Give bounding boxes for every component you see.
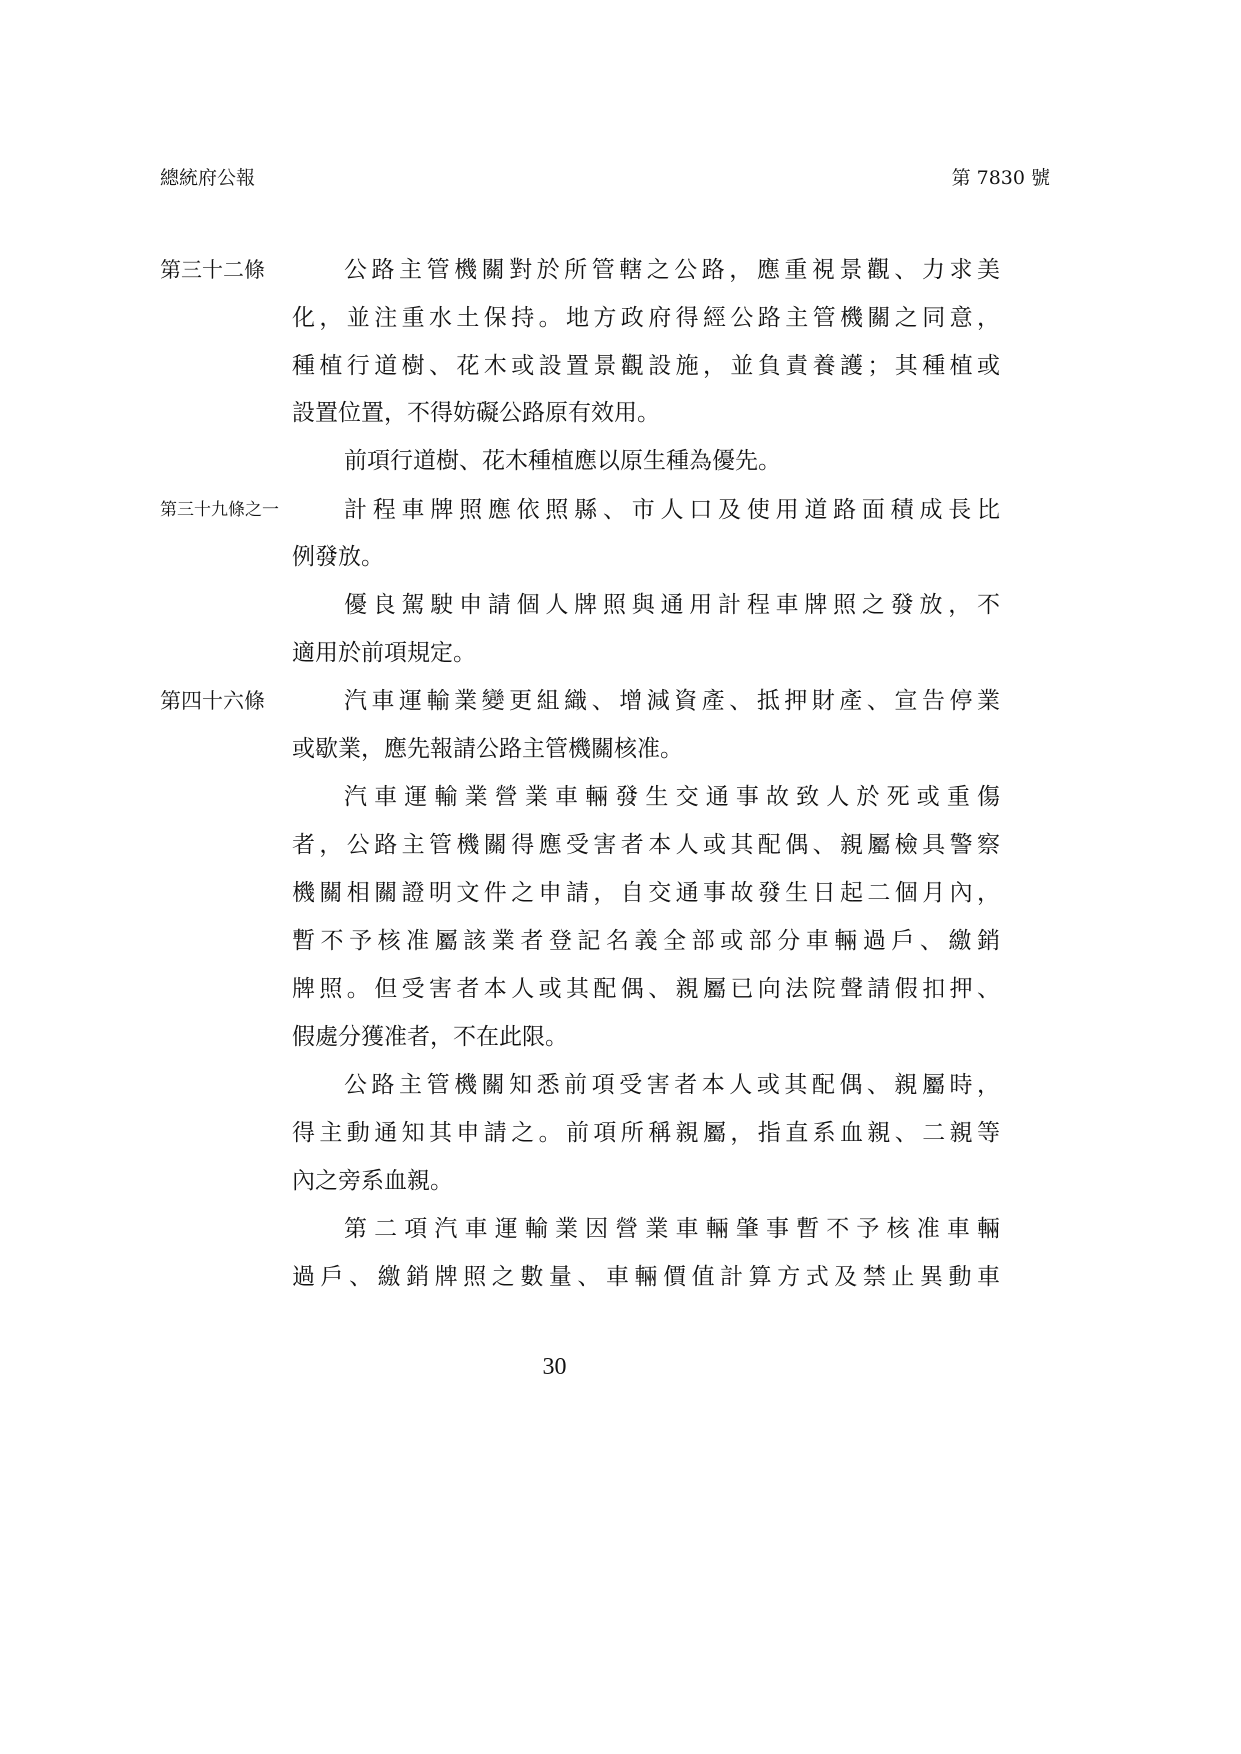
article-line: 種植行道樹、花木或設置景觀設施，並負責養護；其種植或 xyxy=(292,351,1000,381)
article-line: 機關相關證明文件之申請，自交通事故發生日起二個月內， xyxy=(292,878,1000,908)
article-line: 例發放。 xyxy=(292,542,384,572)
article-line: 計程車牌照應依照縣、市人口及使用道路面積成長比 xyxy=(344,495,1000,525)
page-number: 30 xyxy=(0,1352,1109,1382)
article-line: 或歇業，應先報請公路主管機關核准。 xyxy=(292,734,683,764)
article-line: 者，公路主管機關得應受害者本人或其配偶、親屬檢具警察 xyxy=(292,830,1000,860)
article-line: 得主動通知其申請之。前項所稱親屬，指直系血親、二親等 xyxy=(292,1118,1000,1148)
article-line: 假處分獲准者，不在此限。 xyxy=(292,1022,568,1052)
article-line: 適用於前項規定。 xyxy=(292,638,476,668)
article-label: 第三十二條 xyxy=(160,255,265,285)
article-line: 牌照。但受害者本人或其配偶、親屬已向法院聲請假扣押、 xyxy=(292,974,1000,1004)
article-line: 設置位置，不得妨礙公路原有效用。 xyxy=(292,398,660,428)
article-line: 內之旁系血親。 xyxy=(292,1166,453,1196)
publication-title: 總統府公報 xyxy=(160,166,255,190)
article-line: 公路主管機關對於所管轄之公路，應重視景觀、力求美 xyxy=(344,255,1000,285)
article-label: 第四十六條 xyxy=(160,686,265,716)
article-line: 第二項汽車運輸業因營業車輛肇事暫不予核准車輛 xyxy=(344,1214,1000,1244)
article-line: 過戶、繳銷牌照之數量、車輛價值計算方式及禁止異動車 xyxy=(292,1262,1000,1292)
article-line: 暫不予核准屬該業者登記名義全部或部分車輛過戶、繳銷 xyxy=(292,926,1000,956)
article-line: 前項行道樹、花木種植應以原生種為優先。 xyxy=(344,446,781,476)
article-line: 優良駕駛申請個人牌照與通用計程車牌照之發放，不 xyxy=(344,590,1000,620)
article-line: 公路主管機關知悉前項受害者本人或其配偶、親屬時， xyxy=(344,1070,1000,1100)
article-line: 汽車運輸業變更組織、增減資產、抵押財產、宣告停業 xyxy=(344,686,1000,716)
article-line: 汽車運輸業營業車輛發生交通事故致人於死或重傷 xyxy=(344,782,1000,812)
article-line: 化，並注重水土保持。地方政府得經公路主管機關之同意， xyxy=(292,303,1000,333)
issue-number: 第 7830 號 xyxy=(952,166,1050,190)
article-label: 第三十九條之一 xyxy=(160,495,279,525)
